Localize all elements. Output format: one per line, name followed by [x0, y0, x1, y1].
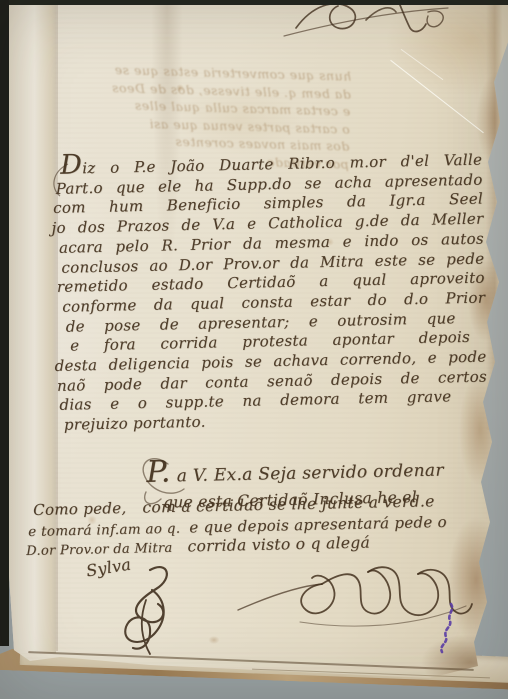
signature-sylva-rubric — [125, 567, 167, 654]
photo-frame-edge-left — [0, 0, 9, 646]
petition-initial-flourish — [143, 459, 184, 504]
violet-ink-mark — [441, 604, 452, 652]
paraph-mark — [284, 0, 448, 36]
manuscript-photo: huns que comverteria estas que se da bem… — [0, 0, 508, 699]
ink-flourishes — [0, 0, 508, 699]
initial-lead-stroke — [54, 164, 68, 196]
signature-rubric-flourish — [238, 567, 472, 626]
photo-frame-edge-top — [0, 0, 508, 5]
